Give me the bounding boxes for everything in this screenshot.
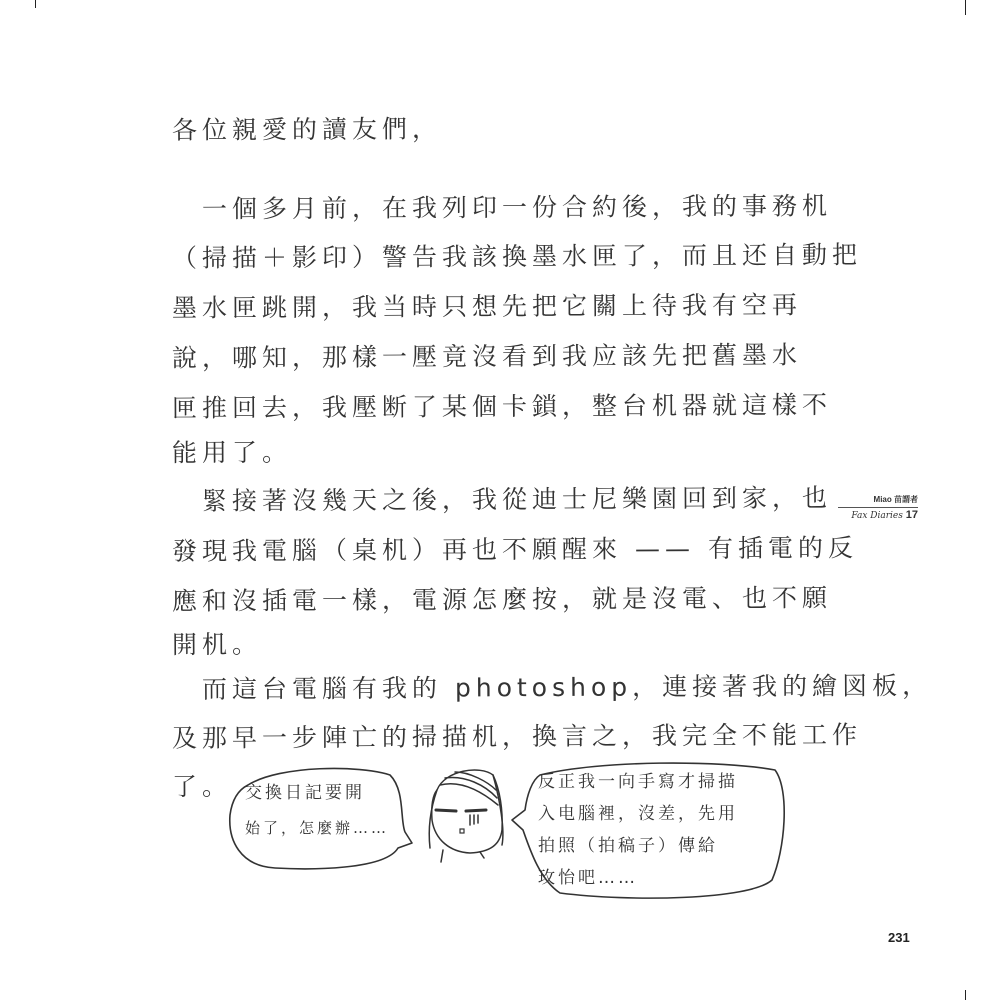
bubble-line: 交換日記要開	[245, 776, 389, 811]
series-label: Fax Diaries 17	[838, 509, 918, 521]
running-header: Miao 苗謂者 Fax Diaries 17	[838, 494, 918, 521]
bubble-line: 玫怡吧……	[538, 862, 738, 894]
author-label: Miao 苗謂者	[838, 494, 918, 505]
girl-character-drawing	[429, 770, 503, 862]
series-number: 17	[906, 509, 918, 521]
bubble-line: 入电腦裡，沒差，先用	[538, 798, 738, 830]
speech-bubble-left-text: 交換日記要開 始了，怎麼辦……	[245, 776, 389, 846]
series-title: Fax Diaries	[851, 511, 903, 521]
divider	[838, 507, 918, 508]
bubble-line: 拍照（拍稿子）傳給	[538, 830, 738, 862]
speech-bubble-right-text: 反正我一向手寫才掃描 入电腦裡，沒差，先用 拍照（拍稿子）傳給 玫怡吧……	[538, 766, 738, 894]
bubble-line: 反正我一向手寫才掃描	[538, 766, 738, 798]
bubble-line: 始了，怎麼辦……	[245, 811, 389, 846]
page-number: 231	[888, 930, 910, 945]
